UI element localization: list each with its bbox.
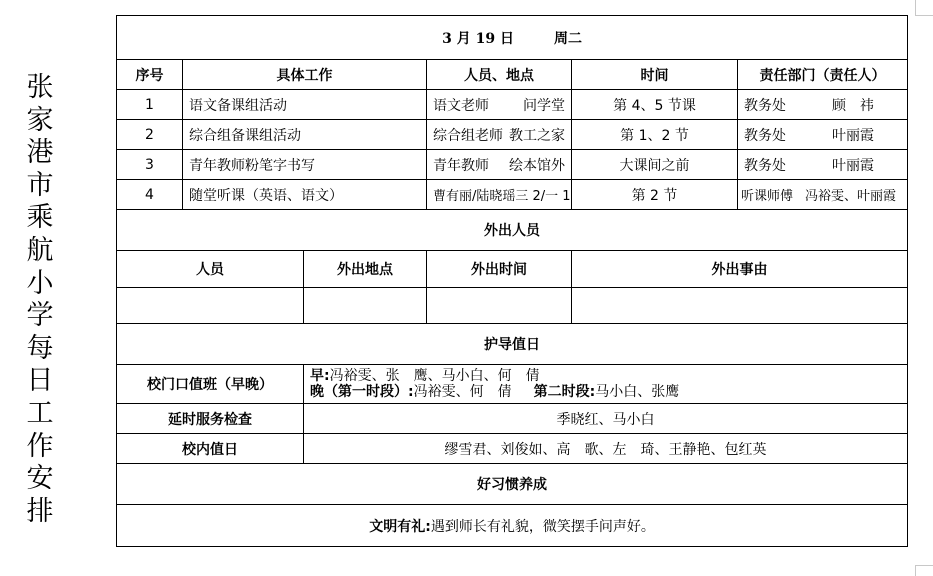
habit-section-title-row: 好习惯养成	[117, 464, 908, 505]
title-char: 张	[22, 72, 58, 105]
outgoing-header: 人员 外出地点 外出时间 外出事由	[117, 251, 908, 288]
row-place: 三 2/一 1	[515, 185, 570, 204]
row-people-place: 语文老师问学堂	[427, 90, 572, 120]
weekday: 周二	[554, 31, 582, 47]
row-dept: 听课师傅冯裕雯、叶丽霞	[738, 180, 908, 210]
row-task: 随堂听课（英语、语文）	[183, 180, 427, 210]
gate-morning-line: 早:冯裕雯、张 鹰、马小白、何 倩	[310, 368, 901, 384]
page-corner-mark-bottom	[915, 565, 933, 576]
duty-section-title: 护导值日	[117, 324, 908, 365]
title-char: 每	[22, 333, 58, 366]
habit-row: 文明有礼:遇到师长有礼貌，微笑摆手问声好。	[117, 505, 908, 547]
col-header-out-reason: 外出事由	[572, 251, 908, 288]
row-no: 2	[117, 120, 183, 150]
title-char: 日	[22, 365, 58, 398]
delay-check-value: 季晓红、马小白	[304, 404, 908, 434]
row-person: 顾 祎	[832, 95, 901, 115]
row-dept-name: 教务处	[744, 95, 832, 115]
row-people-place: 青年教师绘本馆外	[427, 150, 572, 180]
row-place: 教工之家	[509, 125, 565, 145]
evening2-value: 马小白、张鹰	[595, 384, 679, 400]
row-people-place: 曹有丽/陆晓瑶三 2/一 1	[427, 180, 572, 210]
row-person: 冯裕雯、叶丽霞	[805, 185, 904, 204]
row-people: 曹有丽/陆晓瑶	[433, 185, 515, 204]
out-time-cell[interactable]	[427, 288, 572, 324]
habit-cell: 文明有礼:遇到师长有礼貌，微笑摆手问声好。	[117, 505, 908, 547]
row-dept-name: 教务处	[744, 155, 832, 175]
row-person: 叶丽霞	[832, 125, 901, 145]
title-char: 航	[22, 235, 58, 268]
campus-duty-value: 缪雪君、刘俊如、高 歌、左 琦、王静艳、包红英	[304, 434, 908, 464]
table-row: 1 语文备课组活动 语文老师问学堂 第 4、5 节课 教务处顾 祎	[117, 90, 908, 120]
row-no: 1	[117, 90, 183, 120]
row-people: 综合组老师	[433, 125, 509, 145]
row-no: 3	[117, 150, 183, 180]
title-char: 市	[22, 170, 58, 203]
title-char: 家	[22, 105, 58, 138]
gate-duty-label: 校门口值班（早晚）	[117, 365, 304, 404]
title-char: 港	[22, 137, 58, 170]
col-header-out-place: 外出地点	[304, 251, 427, 288]
title-char: 安	[22, 463, 58, 496]
duty-section-title-row: 护导值日	[117, 324, 908, 365]
row-dept: 教务处叶丽霞	[738, 150, 908, 180]
col-header-people-place: 人员、地点	[427, 60, 572, 90]
title-char: 学	[22, 300, 58, 333]
row-time: 第 1、2 节	[572, 120, 738, 150]
habit-text: 遇到师长有礼貌，微笑摆手问声好。	[431, 519, 655, 535]
col-header-task: 具体工作	[183, 60, 427, 90]
out-reason-cell[interactable]	[572, 288, 908, 324]
morning-label: 早:	[310, 368, 330, 384]
row-place: 绘本馆外	[509, 155, 565, 175]
row-time: 第 4、5 节课	[572, 90, 738, 120]
col-header-out-time: 外出时间	[427, 251, 572, 288]
row-place: 问学堂	[523, 95, 565, 115]
row-people-place: 综合组老师教工之家	[427, 120, 572, 150]
outgoing-section-title: 外出人员	[117, 210, 908, 251]
out-person-cell[interactable]	[117, 288, 304, 324]
row-task: 语文备课组活动	[183, 90, 427, 120]
row-time: 大课间之前	[572, 150, 738, 180]
row-time: 第 2 节	[572, 180, 738, 210]
table-row: 4 随堂听课（英语、语文） 曹有丽/陆晓瑶三 2/一 1 第 2 节 听课师傅冯…	[117, 180, 908, 210]
page-corner-mark-top	[915, 0, 933, 16]
col-header-out-person: 人员	[117, 251, 304, 288]
row-dept: 教务处顾 祎	[738, 90, 908, 120]
gate-duty-value: 早:冯裕雯、张 鹰、马小白、何 倩 晚（第一时段）:冯裕雯、何 倩第二时段:马小…	[304, 365, 908, 404]
title-char: 排	[22, 496, 58, 529]
table-row: 3 青年教师粉笔字书写 青年教师绘本馆外 大课间之前 教务处叶丽霞	[117, 150, 908, 180]
col-header-dept: 责任部门（责任人）	[738, 60, 908, 90]
row-people: 语文老师	[433, 95, 523, 115]
gate-duty-row: 校门口值班（早晚） 早:冯裕雯、张 鹰、马小白、何 倩 晚（第一时段）:冯裕雯、…	[117, 365, 908, 404]
col-header-no: 序号	[117, 60, 183, 90]
delay-check-label-text: 延时服务检查	[168, 412, 252, 428]
col-header-time: 时间	[572, 60, 738, 90]
delay-check-row: 延时服务检查 季晓红、马小白	[117, 404, 908, 434]
table-row	[117, 288, 908, 324]
row-person: 叶丽霞	[832, 155, 901, 175]
evening2-label: 第二时段:	[534, 384, 596, 400]
daily-schedule-table: 3 月 19 日周二 序号 具体工作 人员、地点 时间 责任部门（责任人） 1 …	[116, 15, 908, 547]
row-dept-name: 听课师傅	[741, 185, 805, 204]
gate-evening-line: 晚（第一时段）:冯裕雯、何 倩第二时段:马小白、张鹰	[310, 384, 901, 400]
row-task: 综合组备课组活动	[183, 120, 427, 150]
delay-check-label: 延时服务检查	[117, 404, 304, 434]
work-table-header: 序号 具体工作 人员、地点 时间 责任部门（责任人）	[117, 60, 908, 90]
row-task: 青年教师粉笔字书写	[183, 150, 427, 180]
campus-duty-row: 校内值日 缪雪君、刘俊如、高 歌、左 琦、王静艳、包红英	[117, 434, 908, 464]
table-row: 2 综合组备课组活动 综合组老师教工之家 第 1、2 节 教务处叶丽霞	[117, 120, 908, 150]
date: 3 月 19 日	[442, 31, 514, 47]
title-char: 小	[22, 268, 58, 301]
outgoing-section-title-row: 外出人员	[117, 210, 908, 251]
row-dept: 教务处叶丽霞	[738, 120, 908, 150]
row-no: 4	[117, 180, 183, 210]
out-place-cell[interactable]	[304, 288, 427, 324]
title-char: 作	[22, 431, 58, 464]
title-char: 工	[22, 398, 58, 431]
date-cell: 3 月 19 日周二	[117, 16, 908, 60]
morning-value: 冯裕雯、张 鹰、马小白、何 倩	[330, 368, 540, 384]
habit-section-title: 好习惯养成	[117, 464, 908, 505]
evening1-label: 晚（第一时段）:	[310, 384, 414, 400]
row-dept-name: 教务处	[744, 125, 832, 145]
title-char: 乘	[22, 202, 58, 235]
campus-duty-label: 校内值日	[117, 434, 304, 464]
habit-label: 文明有礼:	[369, 519, 431, 535]
document-title-vertical: 张 家 港 市 乘 航 小 学 每 日 工 作 安 排	[22, 72, 58, 528]
row-people: 青年教师	[433, 155, 509, 175]
date-row: 3 月 19 日周二	[117, 16, 908, 60]
evening1-value: 冯裕雯、何 倩	[414, 384, 512, 400]
